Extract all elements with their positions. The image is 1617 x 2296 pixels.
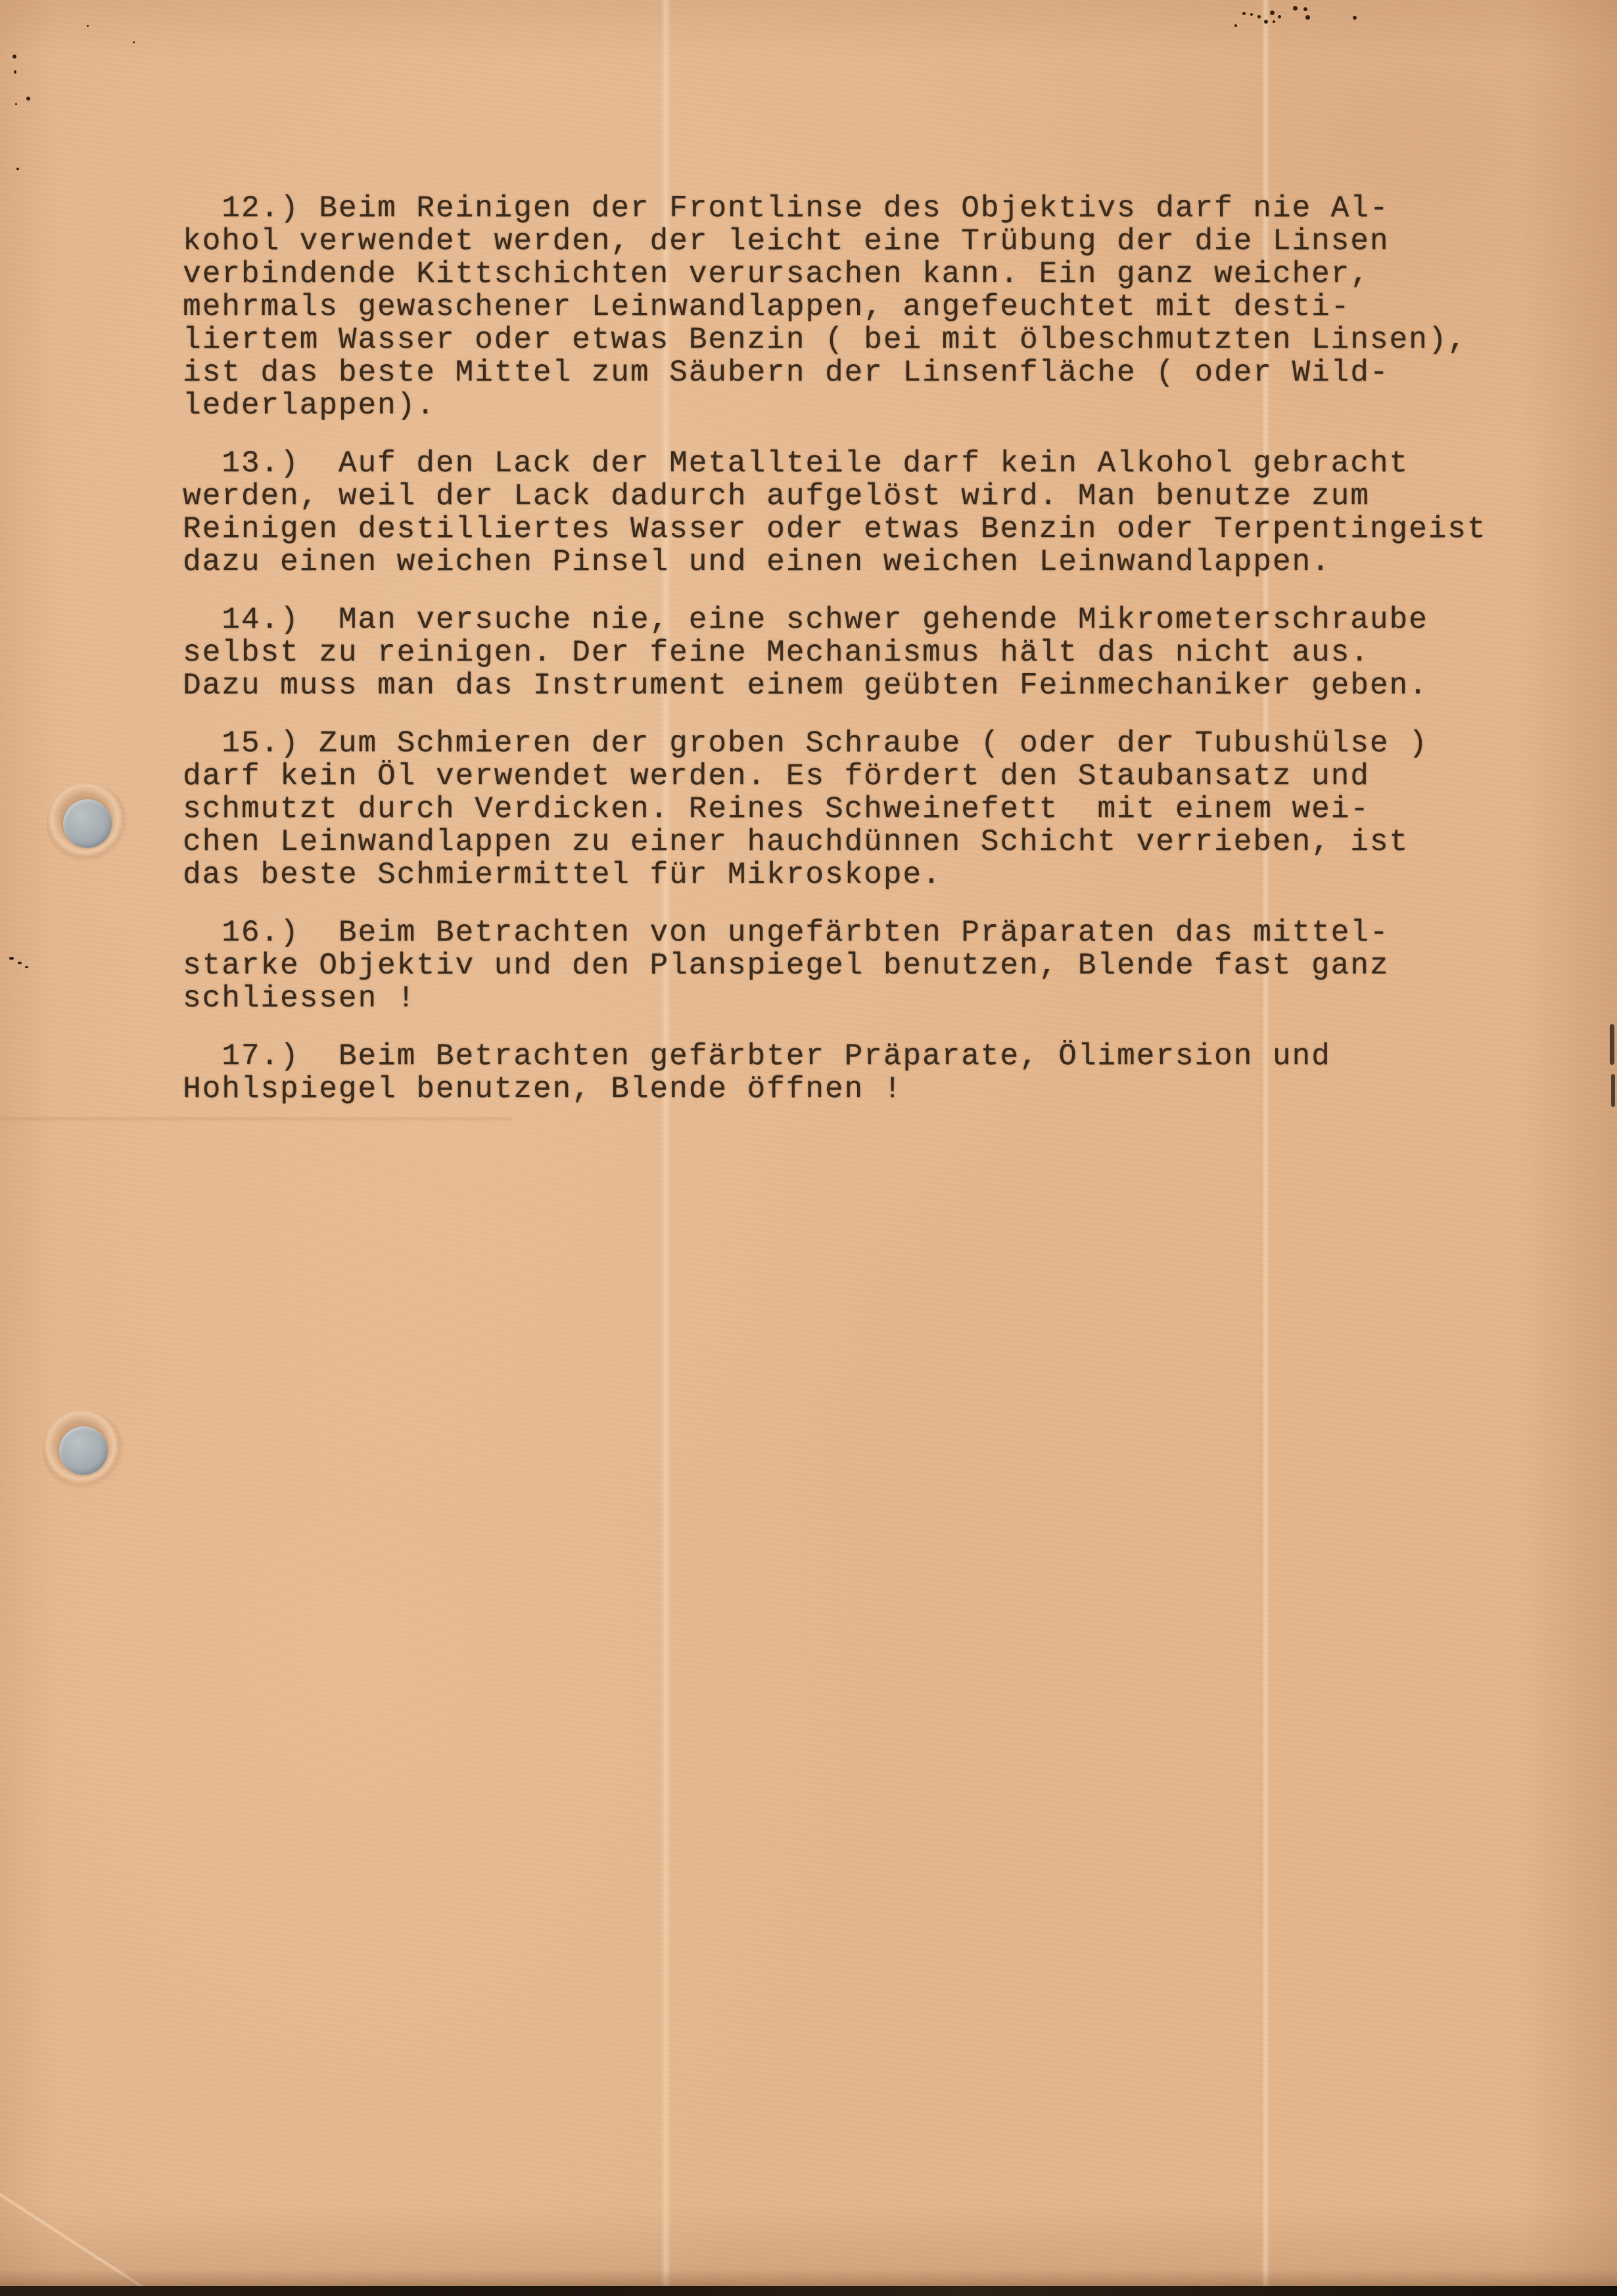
ink-speck xyxy=(1257,15,1261,18)
horizontal-crease xyxy=(0,1116,513,1121)
punch-hole-bottom xyxy=(43,1410,124,1491)
ink-speck xyxy=(12,55,16,59)
ink-speck xyxy=(1303,7,1307,11)
ink-speck xyxy=(9,957,14,960)
bottom-edge-shadow xyxy=(0,2270,1617,2287)
punch-hole-top-opening xyxy=(63,799,112,848)
paragraph-13: 13.) Auf den Lack der Metallteile darf k… xyxy=(183,447,1557,578)
right-edge-mark xyxy=(1611,1074,1615,1107)
ink-speck xyxy=(18,962,22,964)
bottom-scan-edge xyxy=(0,2286,1617,2296)
ink-speck xyxy=(1242,12,1246,15)
ink-speck xyxy=(87,25,89,27)
paragraph-15: 15.) Zum Schmieren der groben Schraube (… xyxy=(183,727,1557,891)
ink-speck xyxy=(15,103,17,105)
ink-speck xyxy=(25,966,28,968)
ink-speck xyxy=(1273,20,1275,23)
ink-speck xyxy=(1270,11,1275,15)
ink-speck xyxy=(26,97,30,101)
typewritten-text-block: 12.) Beim Reinigen der Frontlinse des Ob… xyxy=(183,192,1557,1106)
punch-hole-top xyxy=(47,783,128,864)
scanned-typewritten-page: 12.) Beim Reinigen der Frontlinse des Ob… xyxy=(0,0,1617,2296)
ink-speck xyxy=(1264,20,1268,24)
ink-speck xyxy=(1353,16,1357,20)
paragraph-16: 16.) Beim Betrachten von ungefärbten Prä… xyxy=(183,916,1557,1015)
ink-speck xyxy=(16,168,19,170)
ink-speck xyxy=(14,70,16,74)
paragraph-14: 14.) Man versuche nie, eine schwer gehen… xyxy=(183,603,1557,702)
ink-speck xyxy=(1293,6,1298,11)
ink-speck xyxy=(133,41,135,43)
punch-hole-bottom-opening xyxy=(59,1426,108,1475)
ink-speck xyxy=(1278,15,1281,18)
ink-speck xyxy=(1305,15,1310,20)
ink-speck xyxy=(1234,24,1237,27)
paragraph-12: 12.) Beim Reinigen der Frontlinse des Ob… xyxy=(183,192,1557,422)
paragraph-17: 17.) Beim Betrachten gefärbter Präparate… xyxy=(183,1040,1557,1106)
right-edge-mark xyxy=(1610,1024,1614,1065)
ink-speck xyxy=(1250,13,1253,16)
